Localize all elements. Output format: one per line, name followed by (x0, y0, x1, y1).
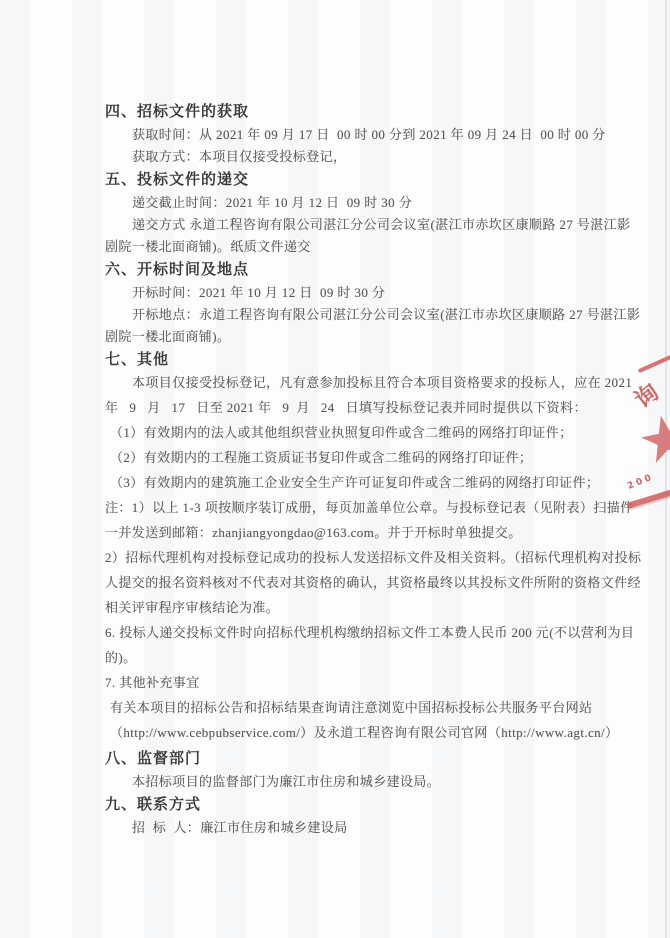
scan-edge-shadow (665, 0, 667, 938)
text-line: 7. 其他补充事宜 (105, 675, 565, 691)
text-line-urls: （http://www.cebpubservice.com/）及永道工程咨询有限… (105, 725, 565, 741)
text-line: 招 标 人：廉江市住房和城乡建设局 (105, 820, 565, 836)
text-line: 获取时间：从 2021 年 09 月 17 日 00 时 00 分到 2021 … (105, 127, 565, 143)
section-heading: 七、其他 (105, 351, 565, 369)
text-line: 获取方式：本项目仅接受投标登记， (105, 149, 565, 165)
section-heading: 五、投标文件的递交 (105, 171, 565, 189)
text-line: 相关评审程序审核结论为准。 (105, 600, 565, 616)
text-line: 本招标项目的监督部门为廉江市住房和城乡建设局。 (105, 774, 565, 790)
section-other: 七、其他 本项目仅接受投标登记，凡有意参加投标且符合本项目资格要求的投标人，应在… (105, 351, 565, 741)
document-content: 四、招标文件的获取 获取时间：从 2021 年 09 月 17 日 00 时 0… (0, 0, 565, 836)
text-line: 年 9 月 17 日至 2021 年 9 月 24 日填写投标登记表并同时提供以… (105, 400, 565, 416)
text-line: 开标时间：2021 年 10 月 12 日 09 时 30 分 (105, 285, 565, 301)
text-line: （1）有效期内的法人或其他组织营业执照复印件或含二维码的网络打印证件； (105, 425, 565, 441)
section-bid-opening: 六、开标时间及地点 开标时间：2021 年 10 月 12 日 09 时 30 … (105, 261, 565, 345)
section-supervision-department: 八、监督部门 本招标项目的监督部门为廉江市住房和城乡建设局。 (105, 750, 565, 790)
text-line: 注：1）以上 1-3 项按顺序装订成册，每页加盖单位公章。与投标登记表（见附表）… (105, 500, 565, 516)
text-line: （2）有效期内的工程施工资质证书复印件或含二维码的网络打印证件； (105, 450, 565, 466)
seal-ring-arc-top (638, 355, 670, 373)
text-line: 递交方式 永道工程咨询有限公司湛江分公司会议室(湛江市赤坎区康顺路 27 号湛江… (105, 217, 565, 233)
section-bid-submission: 五、投标文件的递交 递交截止时间：2021 年 10 月 12 日 09 时 3… (105, 171, 565, 255)
text-line: 剧院一楼北面商铺)。 (105, 329, 565, 345)
text-line: 的)。 (105, 650, 565, 666)
text-line: 本项目仅接受投标登记，凡有意参加投标且符合本项目资格要求的投标人，应在 2021 (105, 375, 565, 391)
text-line-email: 一并发送到邮箱：zhanjiangyongdao@163.com。并于开标时单独… (105, 525, 565, 541)
text-line: 2）招标代理机构对投标登记成功的投标人发送招标文件及相关资料。（招标代理机构对投… (105, 550, 565, 566)
seal-arc-character: 询 (626, 374, 664, 414)
section-heading: 四、招标文件的获取 (105, 103, 565, 121)
text-line: 开标地点：永道工程咨询有限公司湛江分公司会议室(湛江市赤坎区康顺路 27 号湛江… (105, 307, 565, 323)
section-obtaining-bid-documents: 四、招标文件的获取 获取时间：从 2021 年 09 月 17 日 00 时 0… (105, 103, 565, 165)
text-line: 6. 投标人递交投标文件时向招标代理机构缴纳招标文件工本费人民币 200 元(不… (105, 625, 565, 641)
text-line: 递交截止时间：2021 年 10 月 12 日 09 时 30 分 (105, 195, 565, 211)
scanned-document-page: 四、招标文件的获取 获取时间：从 2021 年 09 月 17 日 00 时 0… (0, 0, 670, 938)
section-heading: 九、联系方式 (105, 796, 565, 814)
section-contact-info: 九、联系方式 招 标 人：廉江市住房和城乡建设局 (105, 796, 565, 836)
section-heading: 六、开标时间及地点 (105, 261, 565, 279)
seal-star-icon: ★ (632, 403, 670, 475)
text-line: 有关本项目的招标公告和招标结果查询请注意浏览中国招标投标公共服务平台网站 (105, 700, 565, 716)
text-line: （3）有效期内的建筑施工企业安全生产许可证复印件或含二维码的网络打印证件； (105, 475, 565, 491)
text-line: 剧院一楼北面商铺)。纸质文件递交 (105, 239, 565, 255)
text-line: 人提交的报名资料核对不代表对其资格的确认，其资格最终以其投标文件所附的资格文件经 (105, 575, 565, 591)
section-heading: 八、监督部门 (105, 750, 565, 768)
seal-serial-number: 200 (626, 472, 656, 492)
